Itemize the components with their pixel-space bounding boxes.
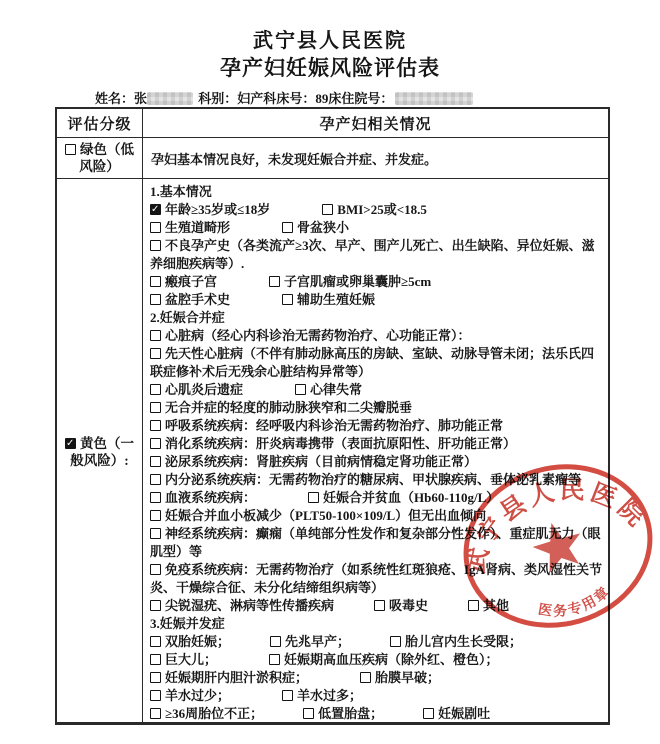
checkbox-unchecked[interactable]	[150, 528, 161, 539]
checkbox-unchecked[interactable]	[150, 420, 161, 431]
checklist-item: 胎儿宫内生长受限；	[390, 633, 522, 651]
checkbox-unchecked[interactable]	[150, 294, 161, 305]
checkbox-unchecked[interactable]	[150, 276, 161, 287]
checklist-line: 年龄≥35岁或≤18岁BMI>25或<18.5	[150, 201, 602, 219]
checklist-item: 心肌炎后遗症	[150, 381, 243, 399]
checklist-line: 巨大儿；妊娠期高血压疾病（除外红、橙色）；	[150, 651, 602, 669]
redacted-name-mosaic	[147, 92, 193, 105]
col-header-grade: 评估分级	[57, 109, 143, 138]
checklist-item: 泌尿系统疾病：肾脏疾病（目前病情稳定肾功能正常）	[150, 454, 477, 469]
checkbox-checked[interactable]	[150, 204, 161, 215]
checklist-item-label: 胎儿宫内生长受限；	[405, 634, 522, 649]
checklist-item-label: 生殖道畸形	[165, 220, 230, 235]
green-risk-description-text: 孕妇基本情况良好，未发现妊娠合并症、并发症。	[151, 149, 437, 168]
checkbox-unchecked[interactable]	[282, 222, 293, 233]
checklist-item: 子宫肌瘤或卵巢囊肿≥5cm	[269, 273, 431, 291]
checklist-item: 无合并症的轻度的肺动脉狭窄和二尖瓣脱垂	[150, 400, 412, 415]
checklist-item-label: 先兆早产；	[285, 634, 350, 649]
checklist-item-label: 吸毒史	[389, 598, 428, 613]
checklist-item-label: 妊娠合并血小板减少（PLT50-100×109/L）但无出血倾向	[165, 508, 486, 523]
checkbox-unchecked[interactable]	[150, 690, 161, 701]
checklist-line: 消化系统疾病：肝炎病毒携带（表面抗原阳性、肝功能正常）	[150, 435, 602, 453]
checklist-line: 免疫系统疾病：无需药物治疗（如系统性红斑狼疮、IgA肾病、类风湿性关节炎、干燥综…	[150, 561, 602, 597]
checklist-item: 羊水过少；	[150, 687, 230, 705]
checklist-item: 生殖道畸形	[150, 219, 230, 237]
checklist-item: 低置胎盘；	[303, 705, 383, 723]
checklist-item: 免疫系统疾病：无需药物治疗（如系统性红斑狼疮、IgA肾病、类风湿性关节炎、干燥综…	[150, 562, 602, 595]
yellow-risk-checkbox[interactable]	[65, 438, 76, 449]
checkbox-unchecked[interactable]	[150, 384, 161, 395]
checklist-item: 心律失常	[295, 381, 362, 399]
checklist-item-label: 双胎妊娠；	[165, 634, 230, 649]
checklist-item-label: 妊娠合并贫血（Hb60-110g/L）	[323, 490, 499, 505]
checklist-item: 双胎妊娠；	[150, 633, 230, 651]
checklist-item-label: 神经系统疾病：癫痫（单纯部分性发作和复杂部分性发作）、重症肌无力（眼肌型）等	[150, 526, 601, 559]
checklist-item-label: 先天性心脏病（不伴有肺动脉高压的房缺、室缺、动脉导管未闭；法乐氏四联症修补术后无…	[150, 346, 594, 379]
checklist-item: BMI>25或<18.5	[322, 201, 427, 219]
checkbox-unchecked[interactable]	[269, 654, 280, 665]
col-header-condition: 孕产妇相关情况	[143, 109, 608, 138]
checklist-item-label: 不良孕产史（各类流产≥3次、早产、围产儿死亡、出生缺陷、异位妊娠、滋养细胞疾病等…	[150, 238, 595, 271]
checklist-item: 妊娠期高血压疾病（除外红、橙色）；	[269, 651, 499, 669]
checklist-item-label: 妊娠期高血压疾病（除外红、橙色）；	[284, 652, 499, 667]
checklist-item-label: 骨盆狭小	[297, 220, 349, 235]
checklist-item: 呼吸系统疾病：经呼吸内科诊治无需药物治疗、肺功能正常	[150, 418, 503, 433]
checkbox-unchecked[interactable]	[374, 600, 385, 611]
checklist-line: 内分泌系统疾病：无需药物治疗的糖尿病、甲状腺疾病、垂体泌乳素瘤等	[150, 471, 602, 489]
checkbox-unchecked[interactable]	[423, 708, 434, 719]
checklist-item-label: 胎膜早破；	[375, 670, 440, 685]
checkbox-unchecked[interactable]	[270, 636, 281, 647]
checkbox-unchecked[interactable]	[150, 402, 161, 413]
checklist-item: 巨大儿；	[150, 651, 217, 669]
checklist-item-label: 妊娠期肝内胆汁淤积症；	[165, 670, 308, 685]
checkbox-unchecked[interactable]	[150, 492, 161, 503]
checkbox-unchecked[interactable]	[295, 384, 306, 395]
section-title: 2.妊娠合并症	[150, 309, 602, 327]
checklist-line: 呼吸系统疾病：经呼吸内科诊治无需药物治疗、肺功能正常	[150, 417, 602, 435]
checklist-item: 年龄≥35岁或≤18岁	[150, 201, 270, 219]
checklist-line: 双胎妊娠；先兆早产；胎儿宫内生长受限；	[150, 633, 602, 651]
checkbox-unchecked[interactable]	[390, 636, 401, 647]
checklist-item: 消化系统疾病：肝炎病毒携带（表面抗原阳性、肝功能正常）	[150, 436, 516, 451]
checkbox-unchecked[interactable]	[322, 204, 333, 215]
checkbox-unchecked[interactable]	[150, 708, 161, 719]
checklist-item-label: 羊水过少；	[165, 688, 230, 703]
checkbox-unchecked[interactable]	[150, 240, 161, 251]
checklist-item: 妊娠期肝内胆汁淤积症；	[150, 669, 308, 687]
checkbox-unchecked[interactable]	[150, 474, 161, 485]
checklist-item-label: 泌尿系统疾病：肾脏疾病（目前病情稳定肾功能正常）	[165, 454, 477, 469]
green-risk-label: 绿色（低风险）	[79, 142, 134, 174]
checklist-item-label: 盆腔手术史	[165, 292, 230, 307]
checklist-item-label: 辅助生殖妊娠	[297, 292, 375, 307]
checkbox-unchecked[interactable]	[282, 690, 293, 701]
checkbox-unchecked[interactable]	[150, 654, 161, 665]
checklist-item-label: 羊水过多；	[297, 688, 362, 703]
checkbox-unchecked[interactable]	[150, 636, 161, 647]
checklist-item: 妊娠剧吐	[423, 705, 490, 723]
checklist-line: 心肌炎后遗症心律失常	[150, 381, 602, 399]
checklist-item: 羊水过多；	[282, 687, 362, 705]
checklist-line: 妊娠期肝内胆汁淤积症；胎膜早破；	[150, 669, 602, 687]
checklist-item-label: 其他	[483, 598, 509, 613]
checklist-item-label: 尖锐湿疣、淋病等性传播疾病	[165, 598, 334, 613]
checklist-item-label: 心脏病（经心内科诊治无需药物治疗、心功能正常）：	[165, 328, 471, 343]
checkbox-unchecked[interactable]	[150, 438, 161, 449]
checkbox-unchecked[interactable]	[308, 492, 319, 503]
green-risk-cell: 绿色（低风险）	[57, 138, 143, 179]
checklist-item: 内分泌系统疾病：无需药物治疗的糖尿病、甲状腺疾病、垂体泌乳素瘤等	[150, 472, 581, 487]
bed-label: 床号：	[276, 91, 315, 106]
checklist-item: 吸毒史	[374, 597, 428, 615]
green-risk-checkbox[interactable]	[65, 144, 76, 155]
checklist-item: 神经系统疾病：癫痫（单纯部分性发作和复杂部分性发作）、重症肌无力（眼肌型）等	[150, 526, 601, 559]
checklist-item: 妊娠合并贫血（Hb60-110g/L）	[308, 489, 499, 507]
dept-label: 科别：	[198, 91, 237, 106]
checklist-line: 妊娠合并血小板减少（PLT50-100×109/L）但无出血倾向	[150, 507, 602, 525]
name-value: 张	[134, 91, 147, 106]
checklist-line: 先天性心脏病（不伴有肺动脉高压的房缺、室缺、动脉导管未闭；法乐氏四联症修补术后无…	[150, 345, 602, 381]
checklist-item: 盆腔手术史	[150, 291, 230, 309]
checklist-item: 其他	[468, 597, 509, 615]
checklist-item: 尖锐湿疣、淋病等性传播疾病	[150, 597, 334, 615]
checklist-item-label: 免疫系统疾病：无需药物治疗（如系统性红斑狼疮、IgA肾病、类风湿性关节炎、干燥综…	[150, 562, 602, 595]
checklist-line: 瘢痕子宫子宫肌瘤或卵巢囊肿≥5cm	[150, 273, 602, 291]
yellow-risk-label-wrap: 黄色（一般风险）:	[59, 435, 140, 469]
checkbox-unchecked[interactable]	[269, 276, 280, 287]
checklist-line: 心脏病（经心内科诊治无需药物治疗、心功能正常）：	[150, 327, 602, 345]
checklist-item: 妊娠合并血小板减少（PLT50-100×109/L）但无出血倾向	[150, 508, 486, 523]
green-risk-description: 孕妇基本情况良好，未发现妊娠合并症、并发症。	[143, 138, 608, 179]
checklist-item-label: 血液系统疾病：	[165, 490, 256, 505]
checklist-item: 心脏病（经心内科诊治无需药物治疗、心功能正常）：	[150, 328, 471, 343]
checklist-item: 胎膜早破；	[360, 669, 440, 687]
checkbox-unchecked[interactable]	[282, 294, 293, 305]
assessment-form-page: 武宁县人民医院 孕产妇妊娠风险评估表 姓名：张 科别：妇产科床号：89床住院号：…	[0, 0, 660, 744]
checklist-item: 先天性心脏病（不伴有肺动脉高压的房缺、室缺、动脉导管未闭；法乐氏四联症修补术后无…	[150, 346, 594, 379]
risk-checklist: 1.基本情况年龄≥35岁或≤18岁BMI>25或<18.5生殖道畸形骨盆狭小不良…	[143, 179, 608, 725]
checklist-line: 尖锐湿疣、淋病等性传播疾病吸毒史其他	[150, 597, 602, 615]
checklist-item-label: 心律失常	[310, 382, 362, 397]
checkbox-unchecked[interactable]	[150, 510, 161, 521]
checklist-item-label: BMI>25或<18.5	[337, 202, 427, 217]
checklist-line: 不良孕产史（各类流产≥3次、早产、围产儿死亡、出生缺陷、异位妊娠、滋养细胞疾病等…	[150, 237, 602, 273]
checklist-line: ≥36周胎位不正；低置胎盘；妊娠剧吐	[150, 705, 602, 723]
risk-assessment-table: 评估分级 孕产妇相关情况 绿色（低风险） 孕妇基本情况良好，未发现妊娠合并症、并…	[55, 107, 610, 725]
checklist-line: 生殖道畸形骨盆狭小	[150, 219, 602, 237]
checklist-line: 无合并症的轻度的肺动脉狭窄和二尖瓣脱垂	[150, 399, 602, 417]
checklist-item-label: 无合并症的轻度的肺动脉狭窄和二尖瓣脱垂	[165, 400, 412, 415]
checklist-item-label: 年龄≥35岁或≤18岁	[165, 202, 270, 217]
checklist-item-label: 心肌炎后遗症	[165, 382, 243, 397]
section-title: 1.基本情况	[150, 183, 602, 201]
checkbox-unchecked[interactable]	[150, 456, 161, 467]
name-label: 姓名：	[95, 91, 134, 106]
hospital-name: 武宁县人民医院	[0, 28, 660, 54]
bed-value: 89床	[315, 91, 341, 106]
checklist-item: 血液系统疾病：	[150, 489, 256, 507]
redacted-admission-no-mosaic	[395, 92, 473, 105]
checklist-item: 不良孕产史（各类流产≥3次、早产、围产儿死亡、出生缺陷、异位妊娠、滋养细胞疾病等…	[150, 238, 595, 271]
checklist-item-label: 呼吸系统疾病：经呼吸内科诊治无需药物治疗、肺功能正常	[165, 418, 503, 433]
admission-label: 住院号：	[341, 91, 393, 106]
checklist-line: 血液系统疾病：妊娠合并贫血（Hb60-110g/L）	[150, 489, 602, 507]
checkbox-unchecked[interactable]	[150, 222, 161, 233]
checklist-line: 神经系统疾病：癫痫（单纯部分性发作和复杂部分性发作）、重症肌无力（眼肌型）等	[150, 525, 602, 561]
checklist-item-label: 内分泌系统疾病：无需药物治疗的糖尿病、甲状腺疾病、垂体泌乳素瘤等	[165, 472, 581, 487]
checklist-item-label: 低置胎盘；	[318, 706, 383, 721]
checklist-item-label: 消化系统疾病：肝炎病毒携带（表面抗原阳性、肝功能正常）	[165, 436, 516, 451]
patient-info-line: 姓名：张 科别：妇产科床号：89床住院号：	[95, 88, 473, 107]
checklist-line: 羊水过少；羊水过多；	[150, 687, 602, 705]
form-title: 孕产妇妊娠风险评估表	[0, 54, 660, 82]
checklist-item-label: 子宫肌瘤或卵巢囊肿≥5cm	[284, 274, 431, 289]
checklist-item-label: 瘢痕子宫	[165, 274, 217, 289]
form-header: 武宁县人民医院 孕产妇妊娠风险评估表	[0, 28, 660, 82]
checklist-item-label: 巨大儿；	[165, 652, 217, 667]
checklist-item: ≥36周胎位不正；	[150, 705, 263, 723]
dept-value: 妇产科	[237, 91, 276, 106]
yellow-risk-cell: 黄色（一般风险）:	[57, 179, 143, 725]
checklist-line: 泌尿系统疾病：肾脏疾病（目前病情稳定肾功能正常）	[150, 453, 602, 471]
checkbox-unchecked[interactable]	[150, 672, 161, 683]
checklist-item: 先兆早产；	[270, 633, 350, 651]
checkbox-unchecked[interactable]	[468, 600, 479, 611]
checkbox-unchecked[interactable]	[150, 348, 161, 359]
checklist-line: 盆腔手术史辅助生殖妊娠	[150, 291, 602, 309]
yellow-risk-label: 黄色（一般风险）:	[70, 436, 134, 468]
checkbox-unchecked[interactable]	[150, 564, 161, 575]
green-risk-label-wrap: 绿色（低风险）	[59, 141, 140, 175]
checkbox-unchecked[interactable]	[150, 330, 161, 341]
section-title: 3.妊娠并发症	[150, 615, 602, 633]
checkbox-unchecked[interactable]	[360, 672, 371, 683]
checklist-item: 瘢痕子宫	[150, 273, 217, 291]
checklist-item-label: 妊娠剧吐	[438, 706, 490, 721]
checklist-item: 骨盆狭小	[282, 219, 349, 237]
checklist-item-label: ≥36周胎位不正；	[165, 706, 263, 721]
checklist-item: 辅助生殖妊娠	[282, 291, 375, 309]
checkbox-unchecked[interactable]	[303, 708, 314, 719]
checkbox-unchecked[interactable]	[150, 600, 161, 611]
